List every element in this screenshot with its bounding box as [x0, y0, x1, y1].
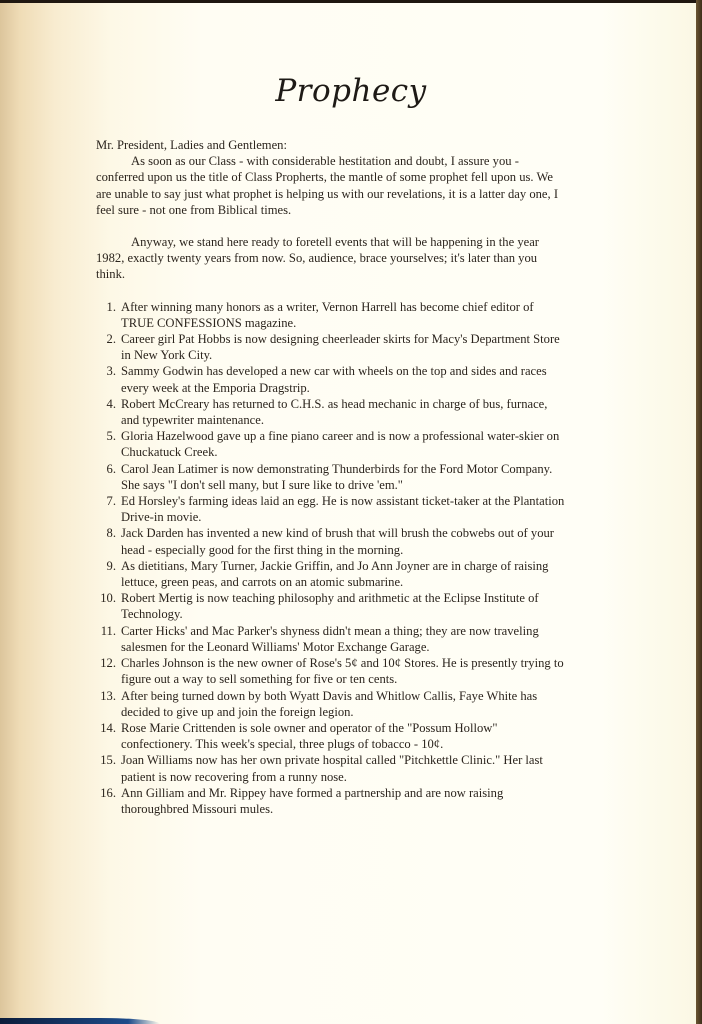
list-number: 11. — [96, 623, 116, 639]
list-item: 6.Carol Jean Latimer is now demonstratin… — [96, 461, 566, 493]
list-item: 12.Charles Johnson is the new owner of R… — [96, 655, 566, 687]
list-text: Robert Mertig is now teaching philosophy… — [121, 591, 539, 621]
list-number: 14. — [96, 720, 116, 736]
list-number: 6. — [96, 461, 116, 477]
yearbook-page: Prophecy Mr. President, Ladies and Gentl… — [0, 3, 696, 1024]
list-text: After winning many honors as a writer, V… — [121, 300, 534, 330]
list-text: Carter Hicks' and Mac Parker's shyness d… — [121, 624, 539, 654]
list-number: 10. — [96, 590, 116, 606]
intro-paragraph: As soon as our Class - with considerable… — [96, 153, 566, 218]
list-number: 7. — [96, 493, 116, 509]
list-number: 12. — [96, 655, 116, 671]
list-item: 2.Career girl Pat Hobbs is now designing… — [96, 331, 566, 363]
list-item: 5.Gloria Hazelwood gave up a fine piano … — [96, 428, 566, 460]
list-number: 8. — [96, 525, 116, 541]
list-number: 4. — [96, 396, 116, 412]
list-text: Carol Jean Latimer is now demonstrating … — [121, 462, 552, 492]
list-item: 10.Robert Mertig is now teaching philoso… — [96, 590, 566, 622]
list-text: Gloria Hazelwood gave up a fine piano ca… — [121, 429, 559, 459]
list-text: Robert McCreary has returned to C.H.S. a… — [121, 397, 547, 427]
list-text: Ann Gilliam and Mr. Rippey have formed a… — [121, 786, 503, 816]
list-text: Sammy Godwin has developed a new car wit… — [121, 364, 547, 394]
list-item: 9.As dietitians, Mary Turner, Jackie Gri… — [96, 558, 566, 590]
list-number: 15. — [96, 752, 116, 768]
salutation: Mr. President, Ladies and Gentlemen: — [96, 137, 566, 153]
list-text: Joan Williams now has her own private ho… — [121, 753, 543, 783]
prophecy-body: Mr. President, Ladies and Gentlemen: As … — [96, 137, 566, 817]
list-item: 8.Jack Darden has invented a new kind of… — [96, 525, 566, 557]
list-number: 13. — [96, 688, 116, 704]
page-title: Prophecy — [0, 73, 702, 109]
list-text: Ed Horsley's farming ideas laid an egg. … — [121, 494, 564, 524]
forecast-paragraph: Anyway, we stand here ready to foretell … — [96, 234, 566, 283]
list-number: 16. — [96, 785, 116, 801]
scan-bottom-edge — [0, 1018, 160, 1024]
list-item: 11.Carter Hicks' and Mac Parker's shynes… — [96, 623, 566, 655]
list-text: Rose Marie Crittenden is sole owner and … — [121, 721, 497, 751]
list-text: Charles Johnson is the new owner of Rose… — [121, 656, 564, 686]
list-number: 9. — [96, 558, 116, 574]
list-number: 3. — [96, 363, 116, 379]
prophecy-list: 1.After winning many honors as a writer,… — [96, 299, 566, 818]
list-item: 4.Robert McCreary has returned to C.H.S.… — [96, 396, 566, 428]
list-item: 16.Ann Gilliam and Mr. Rippey have forme… — [96, 785, 566, 817]
list-number: 1. — [96, 299, 116, 315]
list-text: Career girl Pat Hobbs is now designing c… — [121, 332, 560, 362]
book-edge-right — [696, 0, 702, 1024]
list-item: 15.Joan Williams now has her own private… — [96, 752, 566, 784]
list-number: 2. — [96, 331, 116, 347]
list-item: 14.Rose Marie Crittenden is sole owner a… — [96, 720, 566, 752]
list-text: After being turned down by both Wyatt Da… — [121, 689, 537, 719]
list-item: 1.After winning many honors as a writer,… — [96, 299, 566, 331]
list-number: 5. — [96, 428, 116, 444]
list-item: 3.Sammy Godwin has developed a new car w… — [96, 363, 566, 395]
list-text: As dietitians, Mary Turner, Jackie Griff… — [121, 559, 548, 589]
list-item: 13.After being turned down by both Wyatt… — [96, 688, 566, 720]
list-item: 7.Ed Horsley's farming ideas laid an egg… — [96, 493, 566, 525]
list-text: Jack Darden has invented a new kind of b… — [121, 526, 554, 556]
